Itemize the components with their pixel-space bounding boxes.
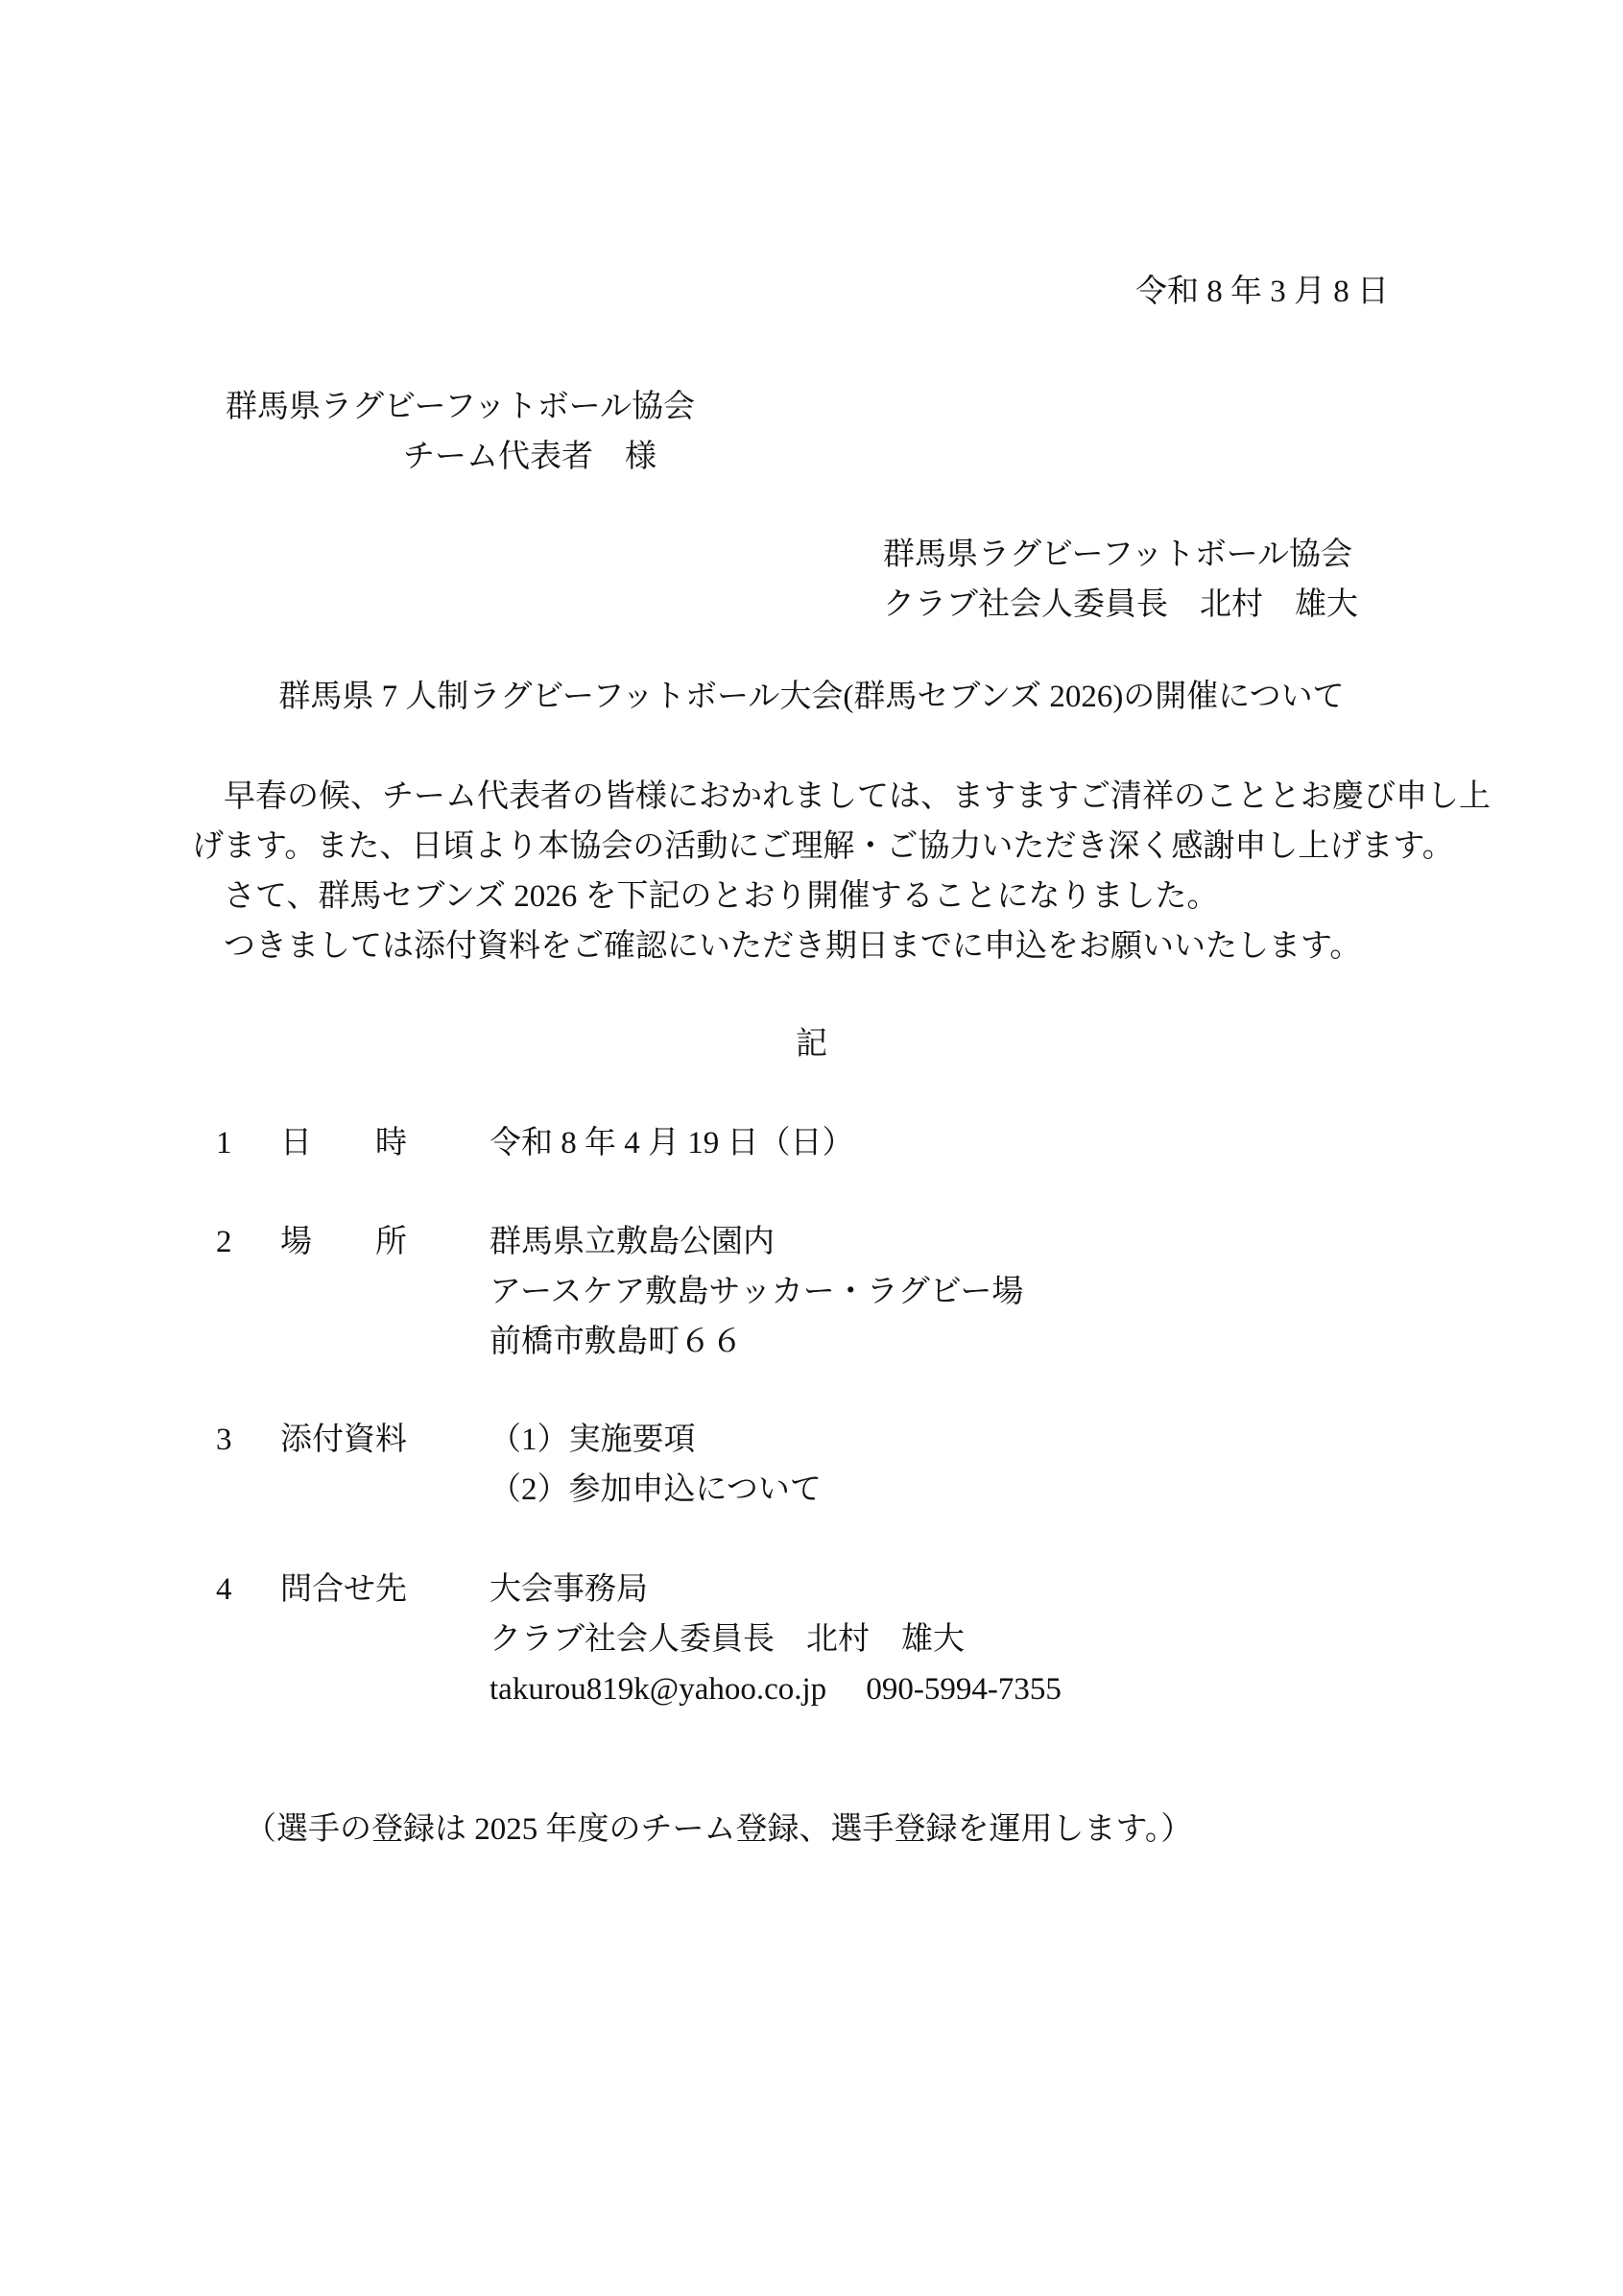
document-title: 群馬県 7 人制ラグビーフットボール大会(群馬セブンズ 2026)の開催について xyxy=(0,672,1623,722)
list-item-place: 2 場 所 群馬県立敷島公園内 アースケア敷島サッカー・ラグビー場 前橋市敷島町… xyxy=(0,1217,1623,1367)
document-date: 令和 8 年 3 月 8 日 xyxy=(0,267,1389,317)
item-number: 4 xyxy=(216,1565,232,1614)
sender-org: 群馬県ラグビーフットボール協会 xyxy=(883,530,1352,580)
body-line-1: 早春の候、チーム代表者の皆様におかれましては、ますますご清祥のこととお慶び申し上 xyxy=(192,772,1479,822)
item-value-line: 令和 8 年 4 月 19 日（日） xyxy=(489,1118,1623,1168)
item-value-line: 群馬県立敷島公園内 xyxy=(489,1217,1623,1267)
body-line-2: げます。また、日頃より本協会の活動にご理解・ご協力いただき深く感謝申し上げます。 xyxy=(192,822,1479,872)
item-number: 2 xyxy=(216,1217,232,1267)
body-line-3: さて、群馬セブンズ 2026 を下記のとおり開催することになりました。 xyxy=(192,872,1479,921)
registration-note: （選手の登録は 2025 年度のチーム登録、選手登録を運用します。） xyxy=(245,1805,1192,1854)
item-value-line: アースケア敷島サッカー・ラグビー場 xyxy=(489,1267,1623,1317)
list-item-attachments: 3 添付資料 （1）実施要項 （2）参加申込について xyxy=(0,1415,1623,1515)
body-paragraphs: 早春の候、チーム代表者の皆様におかれましては、ますますご清祥のこととお慶び申し上… xyxy=(192,772,1479,971)
item-label: 問合せ先 xyxy=(280,1565,407,1614)
sender-person: クラブ社会人委員長 北村 雄大 xyxy=(883,580,1358,630)
item-value-line: （2）参加申込について xyxy=(489,1465,1623,1515)
list-item-contact: 4 問合せ先 大会事務局 クラブ社会人委員長 北村 雄大 takurou819k… xyxy=(0,1565,1623,1714)
item-value-line: 大会事務局 xyxy=(489,1565,1623,1614)
ki-marker: 記 xyxy=(0,1019,1623,1069)
body-line-4: つきましては添付資料をご確認にいただき期日までに申込をお願いいたします。 xyxy=(192,921,1479,971)
document-page: 令和 8 年 3 月 8 日 群馬県ラグビーフットボール協会 チーム代表者 様 … xyxy=(0,0,1623,2296)
item-value-line: 前橋市敷島町６６ xyxy=(489,1317,1623,1367)
recipient-org: 群馬県ラグビーフットボール協会 xyxy=(226,382,695,432)
contact-email-phone: takurou819k@yahoo.co.jp 090-5994-7355 xyxy=(489,1664,1623,1714)
item-label: 日 時 xyxy=(280,1118,407,1168)
item-label: 添付資料 xyxy=(280,1415,407,1465)
item-number: 1 xyxy=(216,1118,232,1168)
item-value-line: クラブ社会人委員長 北村 雄大 xyxy=(489,1614,1623,1664)
item-number: 3 xyxy=(216,1415,232,1465)
item-label: 場 所 xyxy=(280,1217,407,1267)
list-item-datetime: 1 日 時 令和 8 年 4 月 19 日（日） xyxy=(0,1118,1623,1168)
item-value-line: （1）実施要項 xyxy=(489,1415,1623,1465)
recipient-addressee: チーム代表者 様 xyxy=(403,432,656,482)
